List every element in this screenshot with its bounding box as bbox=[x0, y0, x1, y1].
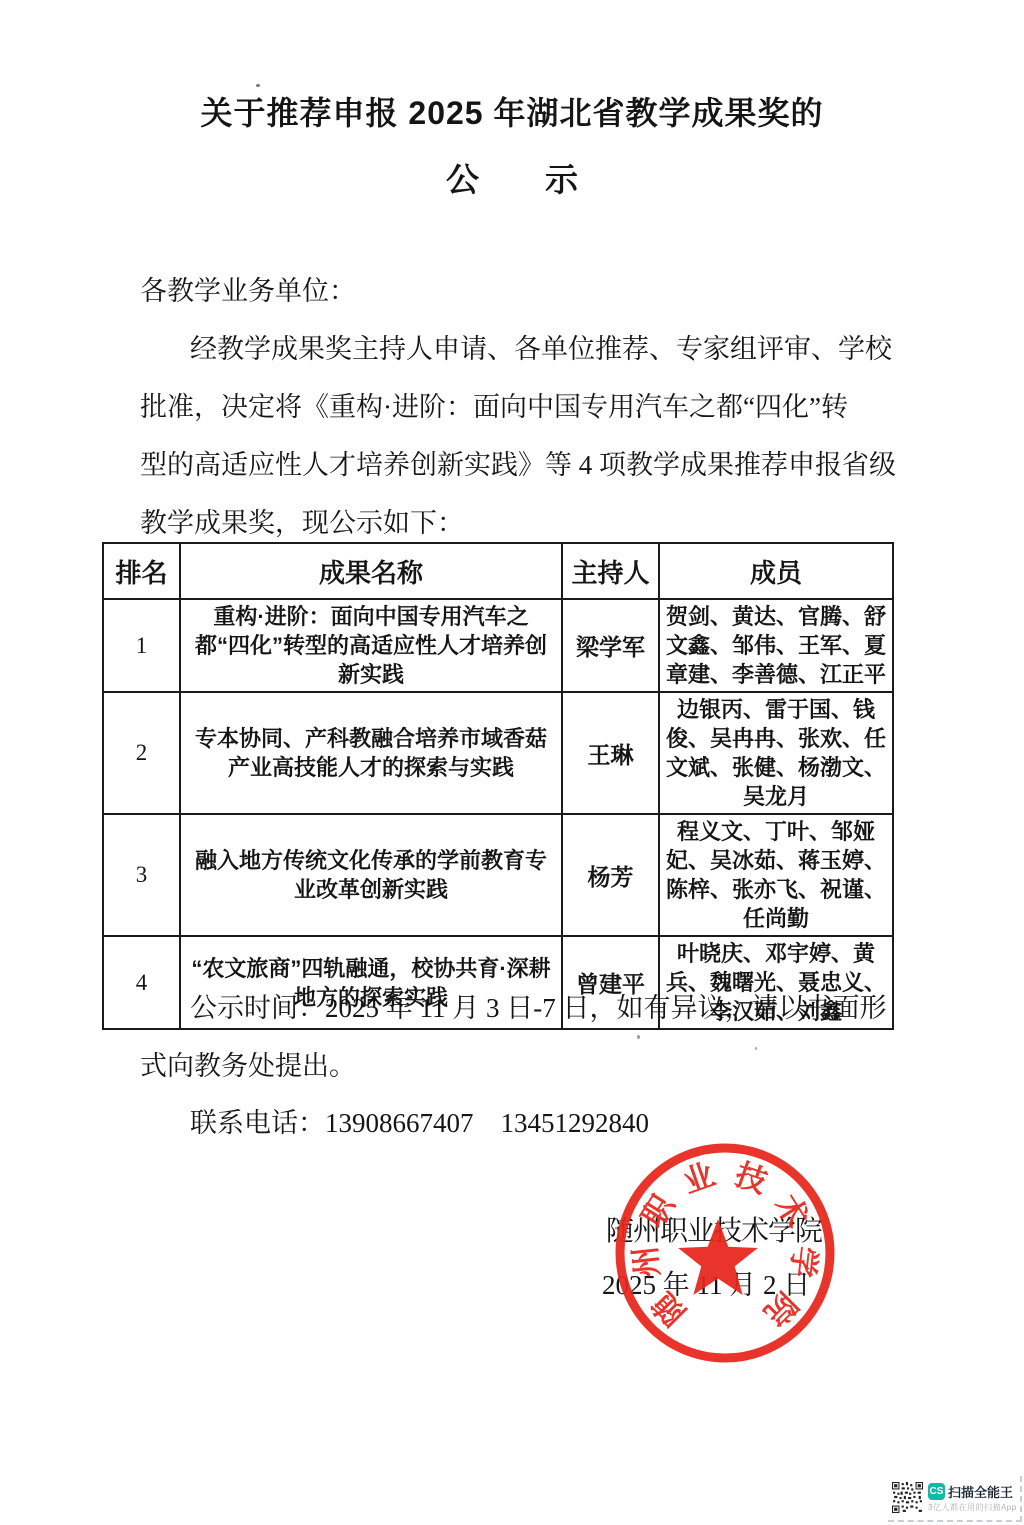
body-text-line: 型的高适应性人才培养创新实践》等 4 项教学成果推荐申报省级 bbox=[140, 450, 896, 480]
awards-table: 排名 成果名称 主持人 成员 1 重构·进阶：面向中国专用汽车之都“四化”转型的… bbox=[102, 542, 894, 1030]
table-row: 3 融入地方传统文化传承的学前教育专业改革创新实践 杨芳 程义文、丁叶、邹娅妃、… bbox=[103, 814, 893, 936]
cell-rank: 1 bbox=[103, 599, 180, 692]
scanned-document-page: 关于推荐申报 2025 年湖北省教学成果奖的 公 示 各教学业务单位： 经教学成… bbox=[0, 0, 1024, 1525]
qr-code-icon bbox=[892, 1482, 923, 1513]
body-text-line: 批准，决定将《重构·进阶：面向中国专用汽车之都“四化”转 bbox=[140, 392, 848, 422]
cell-members: 程义文、丁叶、邹娅妃、吴冰茹、蒋玉婷、陈梓、张亦飞、祝谨、任尚勤 bbox=[659, 814, 893, 936]
document-title: 关于推荐申报 2025 年湖北省教学成果奖的 bbox=[0, 94, 1024, 132]
body-text-line: 教学成果奖，现公示如下： bbox=[140, 508, 464, 538]
cell-members: 贺剑、黄达、官腾、舒文鑫、邹伟、王军、夏章建、李善德、江正平 bbox=[659, 599, 893, 692]
cell-achievement-name: 融入地方传统文化传承的学前教育专业改革创新实践 bbox=[180, 814, 562, 936]
table-row: 1 重构·进阶：面向中国专用汽车之都“四化”转型的高适应性人才培养创新实践 梁学… bbox=[103, 599, 893, 692]
salutation: 各教学业务单位： bbox=[140, 276, 356, 306]
cell-rank: 4 bbox=[103, 936, 180, 1029]
seal-char: 学 bbox=[784, 1244, 822, 1279]
document-title-line2: 公 示 bbox=[0, 160, 1024, 200]
official-seal: 随 州 职 业 技 术 学 院 bbox=[607, 1136, 843, 1372]
scan-speck bbox=[256, 84, 260, 87]
header-members: 成员 bbox=[659, 543, 893, 599]
scan-speck bbox=[637, 1035, 640, 1039]
table-header-row: 排名 成果名称 主持人 成员 bbox=[103, 543, 893, 599]
cell-achievement-name: 专本协同、产科教融合培养市域香菇产业高技能人才的探索与实践 bbox=[180, 692, 562, 814]
table-row: 2 专本协同、产科教融合培养市域香菇产业高技能人才的探索与实践 王琳 边银丙、雷… bbox=[103, 692, 893, 814]
header-achievement-name: 成果名称 bbox=[180, 543, 562, 599]
seal-star-icon bbox=[678, 1219, 758, 1295]
public-notice-period-cont: 式向教务处提出。 bbox=[140, 1051, 356, 1081]
cell-leader: 王琳 bbox=[562, 692, 659, 814]
public-notice-period: 公示时间：2025 年 11 月 3 日-7 日，如有异议，请以书面形 bbox=[190, 993, 887, 1023]
contact-phone: 联系电话：13908667407 13451292840 bbox=[190, 1108, 649, 1138]
camscanner-watermark: CS 扫描全能王 3亿人都在用的扫描App bbox=[888, 1476, 1022, 1522]
camscanner-tagline: 3亿人都在用的扫描App bbox=[928, 1502, 1017, 1513]
scan-speck bbox=[755, 1047, 757, 1050]
cell-rank: 2 bbox=[103, 692, 180, 814]
seal-char: 州 bbox=[627, 1244, 665, 1279]
header-leader: 主持人 bbox=[562, 543, 659, 599]
seal-char: 技 bbox=[731, 1157, 772, 1200]
header-rank: 排名 bbox=[103, 543, 180, 599]
cell-achievement-name: 重构·进阶：面向中国专用汽车之都“四化”转型的高适应性人才培养创新实践 bbox=[180, 599, 562, 692]
cell-members: 边银丙、雷于国、钱俊、吴冉冉、张欢、任文斌、张健、杨渤文、吴龙月 bbox=[659, 692, 893, 814]
body-text-line: 经教学成果奖主持人申请、各单位推荐、专家组评审、学校 bbox=[190, 334, 892, 364]
cell-leader: 杨芳 bbox=[562, 814, 659, 936]
camscanner-logo-icon: CS bbox=[928, 1483, 945, 1500]
camscanner-app-name: 扫描全能王 bbox=[948, 1482, 1013, 1501]
cell-leader: 梁学军 bbox=[562, 599, 659, 692]
seal-char: 业 bbox=[678, 1157, 719, 1200]
cell-rank: 3 bbox=[103, 814, 180, 936]
